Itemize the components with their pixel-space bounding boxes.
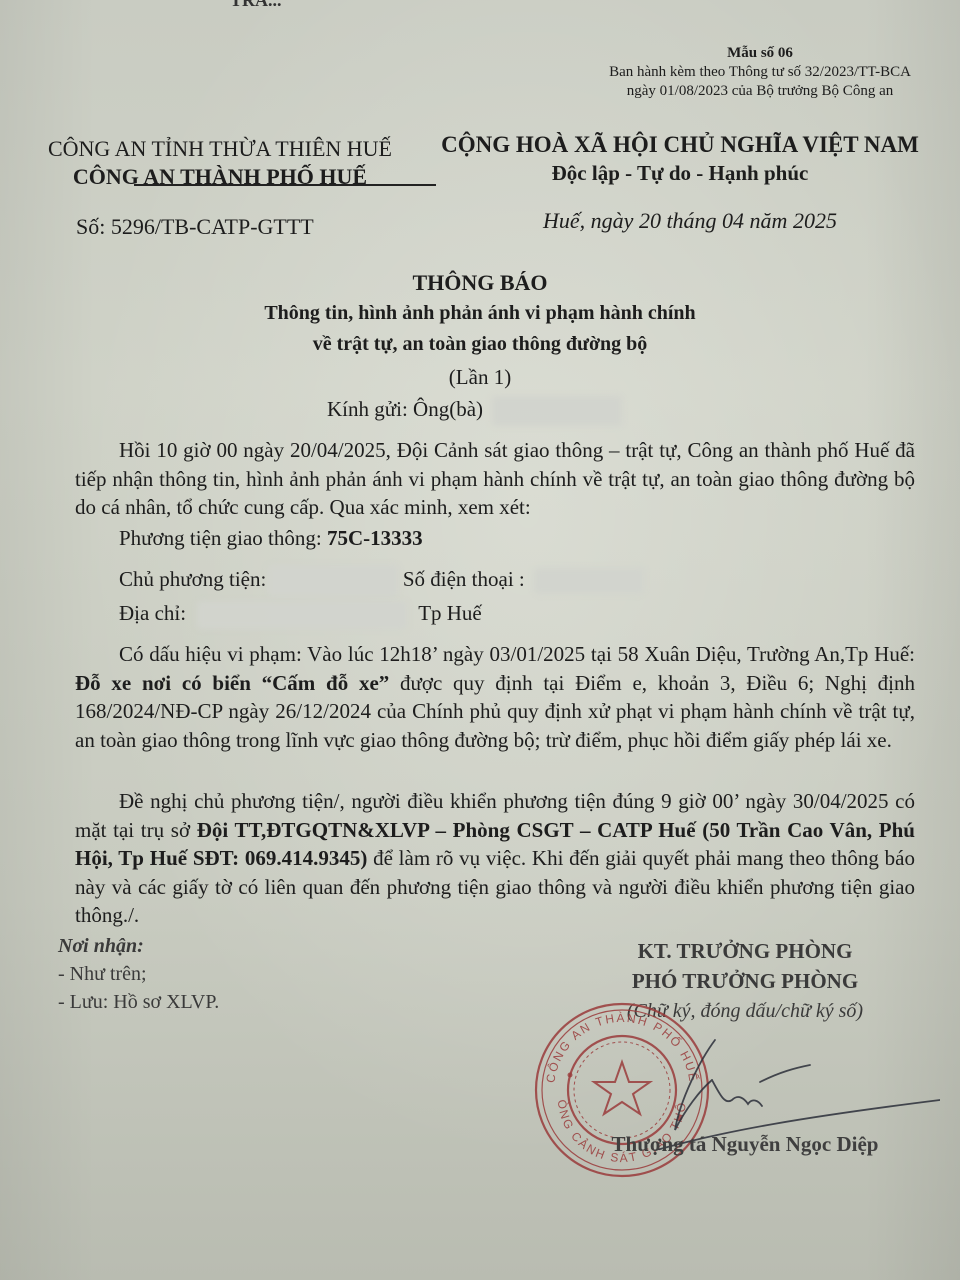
vehicle-label: Phương tiện giao thông: bbox=[119, 526, 322, 550]
owner-label: Chủ phương tiện: bbox=[119, 567, 266, 591]
signer-name: Thượng tá Nguyễn Ngọc Diệp bbox=[580, 1132, 910, 1157]
vehicle-plate: 75C-13333 bbox=[327, 526, 423, 550]
form-number: Mẫu số 06 bbox=[560, 44, 960, 63]
signer-title1: KT. TRƯỞNG PHÒNG bbox=[580, 936, 910, 966]
violation-type: Đỗ xe nơi có biển “Cấm đỗ xe” bbox=[75, 671, 389, 695]
form-issued-line2: ngày 01/08/2023 của Bộ trưởng Bộ Công an bbox=[560, 82, 960, 101]
issuing-agency: CÔNG AN TỈNH THỪA THIÊN HUẾ CÔNG AN THÀN… bbox=[0, 134, 440, 190]
vehicle-field: Phương tiện giao thông: 75C-13333 bbox=[119, 526, 423, 551]
violation-lead: Có dấu hiệu vi phạm: Vào lúc 12h18’ ngày… bbox=[119, 642, 915, 666]
recipient-label: Kính gửi: Ông(bà) bbox=[327, 397, 483, 421]
intro-paragraph: Hồi 10 giờ 00 ngày 20/04/2025, Đội Cảnh … bbox=[75, 436, 915, 522]
address-suffix: Tp Huế bbox=[418, 601, 482, 625]
address-redacted bbox=[197, 601, 407, 629]
receivers-heading: Nơi nhận: bbox=[58, 932, 219, 960]
doc-no-value: 5296/TB-CATP-GTTT bbox=[111, 214, 314, 239]
signature-icon bbox=[620, 1020, 940, 1150]
national-header: CỘNG HOÀ XÃ HỘI CHỦ NGHĨA VIỆT NAM Độc l… bbox=[420, 130, 940, 186]
agency-name: CÔNG AN THÀNH PHỐ HUẾ bbox=[0, 164, 440, 190]
document-number: Số: 5296/TB-CATP-GTTT bbox=[76, 214, 314, 240]
phone-redacted bbox=[534, 568, 644, 594]
receiver-item: - Như trên; bbox=[58, 960, 219, 988]
receiver-item: - Lưu: Hồ sơ XLVP. bbox=[58, 988, 219, 1016]
phone-label: Số điện thoại : bbox=[403, 567, 525, 591]
address-label: Địa chỉ: bbox=[119, 601, 186, 625]
document-title: THÔNG BÁO Thông tin, hình ảnh phản ánh v… bbox=[190, 268, 770, 394]
owner-field: Chủ phương tiện: Số điện thoại : bbox=[119, 565, 644, 597]
doc-no-label: Số: bbox=[76, 214, 105, 239]
nation-motto: Độc lập - Tự do - Hạnh phúc bbox=[420, 160, 940, 186]
title-round: (Lần 1) bbox=[190, 360, 770, 394]
recipient-redacted bbox=[492, 396, 622, 426]
nation-name: CỘNG HOÀ XÃ HỘI CHỦ NGHĨA VIỆT NAM bbox=[420, 130, 940, 160]
request-paragraph: Đề nghị chủ phương tiện/, người điều khi… bbox=[75, 787, 915, 930]
agency-underline bbox=[134, 184, 436, 186]
top-cut-fragment: TRA... bbox=[230, 0, 282, 11]
agency-parent: CÔNG AN TỈNH THỪA THIÊN HUẾ bbox=[0, 134, 440, 164]
recipient-line: Kính gửi: Ông(bà) bbox=[327, 396, 622, 426]
title-sub2: về trật tự, an toàn giao thông đường bộ bbox=[190, 329, 770, 360]
receivers-block: Nơi nhận: - Như trên; - Lưu: Hồ sơ XLVP. bbox=[58, 932, 219, 1016]
owner-redacted bbox=[268, 565, 398, 597]
form-header: Mẫu số 06 Ban hành kèm theo Thông tư số … bbox=[560, 44, 960, 101]
address-field: Địa chỉ: Tp Huế bbox=[119, 601, 482, 629]
intro-text: Hồi 10 giờ 00 ngày 20/04/2025, Đội Cảnh … bbox=[75, 438, 915, 519]
place-date: Huế, ngày 20 tháng 04 năm 2025 bbox=[420, 208, 960, 234]
title-main: THÔNG BÁO bbox=[190, 268, 770, 298]
signer-title2: PHÓ TRƯỞNG PHÒNG bbox=[580, 966, 910, 996]
form-issued-line1: Ban hành kèm theo Thông tư số 32/2023/TT… bbox=[560, 63, 960, 82]
violation-paragraph: Có dấu hiệu vi phạm: Vào lúc 12h18’ ngày… bbox=[75, 640, 915, 754]
title-sub1: Thông tin, hình ảnh phản ánh vi phạm hàn… bbox=[190, 298, 770, 329]
